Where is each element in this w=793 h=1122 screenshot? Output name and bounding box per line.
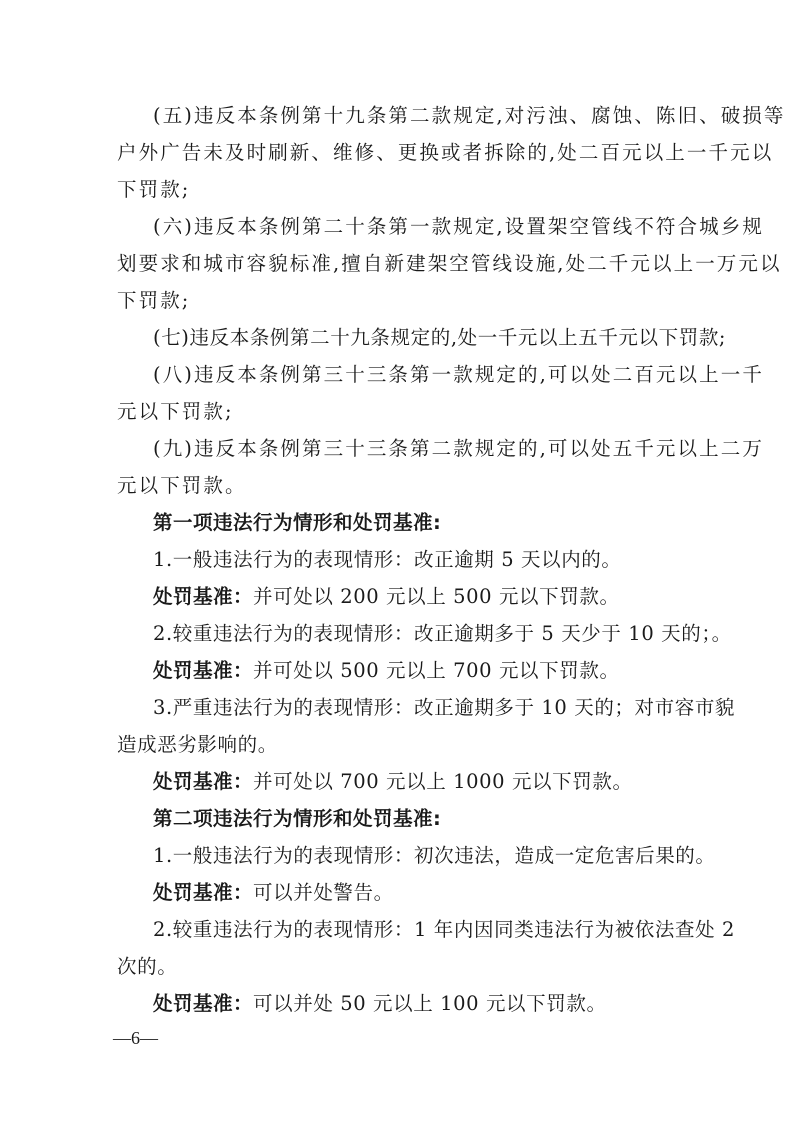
section-1-item-3-situation-line-2: 造成恶劣影响的。 — [117, 727, 278, 763]
penalty-text: 可以并处 50 元以上 100 元以下罚款。 — [253, 992, 607, 1015]
clause-8-line-2: 元以下罚款; — [117, 394, 234, 430]
section-2-item-1-situation: 1.一般违法行为的表现情形：初次违法，造成一定危害后果的。 — [153, 838, 716, 874]
clause-5-line-2: 户外广告未及时刷新、维修、更换或者拆除的,处二百元以上一千元以 — [117, 135, 773, 171]
penalty-text: 并可处以 700 元以上 1000 元以下罚款。 — [253, 770, 633, 793]
section-1-item-1-situation: 1.一般违法行为的表现情形：改正逾期 5 天以内的。 — [153, 542, 622, 578]
section-1-item-3-penalty: 处罚基准：并可处以 700 元以上 1000 元以下罚款。 — [153, 764, 633, 800]
clause-6-line-2: 划要求和城市容貌标准,擅自新建架空管线设施,处二千元以上一万元以 — [117, 246, 782, 282]
section-2-heading: 第二项违法行为情形和处罚基准: — [153, 801, 441, 837]
section-1-item-2-penalty: 处罚基准：并可处以 500 元以上 700 元以下罚款。 — [153, 653, 620, 689]
section-2-item-2-situation-line-1: 2.较重违法行为的表现情形：1 年内因同类违法行为被依法查处 2 — [153, 912, 735, 948]
clause-5-line-1: (五)违反本条例第十九条第二款规定,对污浊、腐蚀、陈旧、破损等 — [153, 98, 786, 134]
penalty-text: 并可处以 200 元以上 500 元以下罚款。 — [253, 585, 620, 608]
penalty-text: 并可处以 500 元以上 700 元以下罚款。 — [253, 659, 620, 682]
penalty-label: 处罚基准： — [153, 770, 253, 793]
penalty-label: 处罚基准： — [153, 992, 253, 1015]
clause-6-line-3: 下罚款; — [117, 283, 190, 319]
page-number: —6— — [113, 1026, 158, 1050]
section-1-heading: 第一项违法行为情形和处罚基准: — [153, 505, 441, 541]
section-2-item-2-situation-line-2: 次的。 — [117, 949, 177, 985]
section-1-item-1-penalty: 处罚基准：并可处以 200 元以上 500 元以下罚款。 — [153, 579, 620, 615]
penalty-label: 处罚基准： — [153, 585, 253, 608]
section-2-item-2-penalty: 处罚基准：可以并处 50 元以上 100 元以下罚款。 — [153, 986, 607, 1022]
clause-6-line-1: (六)违反本条例第二十条第一款规定,设置架空管线不符合城乡规 — [153, 209, 764, 245]
section-1-item-3-situation-line-1: 3.严重违法行为的表现情形：改正逾期多于 10 天的；对市容市貌 — [153, 690, 735, 726]
clause-8-line-1: (八)违反本条例第三十三条第一款规定的,可以处二百元以上一千 — [153, 357, 764, 393]
clause-9-line-1: (九)违反本条例第三十三条第二款规定的,可以处五千元以上二万 — [153, 431, 764, 467]
clause-9-line-2: 元以下罚款。 — [117, 468, 247, 504]
clause-7-line-1: (七)违反本条例第二十九条规定的,处一千元以上五千元以下罚款; — [153, 320, 726, 356]
penalty-text: 可以并处警告。 — [253, 881, 394, 904]
penalty-label: 处罚基准： — [153, 659, 253, 682]
clause-5-line-3: 下罚款; — [117, 172, 190, 208]
penalty-label: 处罚基准： — [153, 881, 253, 904]
section-2-item-1-penalty: 处罚基准：可以并处警告。 — [153, 875, 394, 911]
section-1-item-2-situation: 2.较重违法行为的表现情形：改正逾期多于 5 天少于 10 天的；。 — [153, 616, 732, 652]
